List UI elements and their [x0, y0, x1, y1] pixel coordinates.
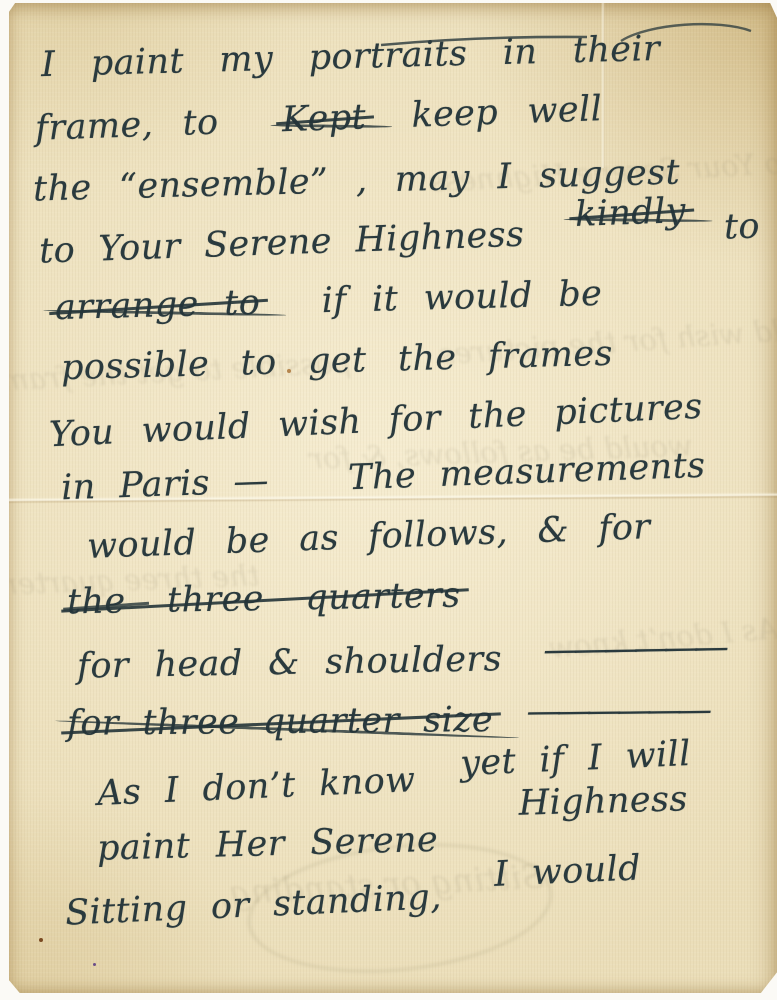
word-segment: in Paris — [60, 461, 269, 508]
word-segment: I would [493, 848, 642, 894]
letter-paper: to Your Serene Highness You would wish f… [9, 3, 777, 993]
ink-dash: —————— [526, 690, 707, 732]
struck-phrase: arrange to [55, 283, 261, 328]
word-segment: Highness [518, 779, 688, 823]
word-segment: You would wish for the pictures [48, 387, 703, 455]
handwritten-line: possible to get the frames [61, 334, 614, 388]
struck-phrase: for three quarter size [67, 700, 493, 744]
word-segment: The measurements [348, 446, 706, 498]
word-segment: Sitting or standing, [64, 877, 442, 933]
paper-speck [93, 963, 96, 966]
paper-speck [39, 938, 43, 942]
struck-word: kindly [574, 191, 686, 235]
word-segment: to Your Serene Highness [39, 215, 525, 272]
handwritten-line: Sitting or standing, I would [64, 868, 642, 933]
word-segment: for head & shoulders [77, 639, 503, 686]
word-segment: would be as follows, & for [86, 507, 651, 567]
handwritten-line: the three quarters [67, 576, 461, 623]
word-segment: frame, to [34, 103, 219, 149]
handwritten-line: to Your Serene Highness kindly to [39, 206, 761, 271]
word-segment: if it would be [321, 274, 603, 321]
handwritten-line: arrange to if it would be [55, 274, 603, 328]
handwritten-line: You would wish for the pictures [48, 387, 703, 455]
handwritten-line: I paint my portraits in their [41, 29, 661, 85]
handwritten-line: for head & shoulders —————— [77, 635, 725, 686]
scanned-letter: to Your Serene Highness You would wish f… [0, 0, 777, 1000]
word-segment: paint Her Serene [97, 820, 439, 869]
word-segment: As I don’t know [96, 760, 416, 814]
handwritten-line: would be as follows, & for [86, 507, 651, 567]
word-segment: keep well [411, 89, 603, 136]
ink-dash: —————— [543, 627, 724, 670]
word-segment: possible to get the frames [61, 334, 614, 388]
struck-word: Kept [281, 97, 366, 140]
word-segment: yet if I will [459, 734, 691, 784]
word-segment: to [723, 206, 760, 247]
handwritten-line: in Paris — The measurements [60, 446, 706, 508]
paper-speck [287, 369, 291, 373]
struck-phrase: the three quarters [67, 576, 461, 623]
handwriting-layer: I paint my portraits in their frame, to … [9, 3, 777, 993]
word-segment: I paint my portraits in their [41, 29, 661, 85]
handwritten-line: frame, to Kept keep well [34, 89, 602, 149]
